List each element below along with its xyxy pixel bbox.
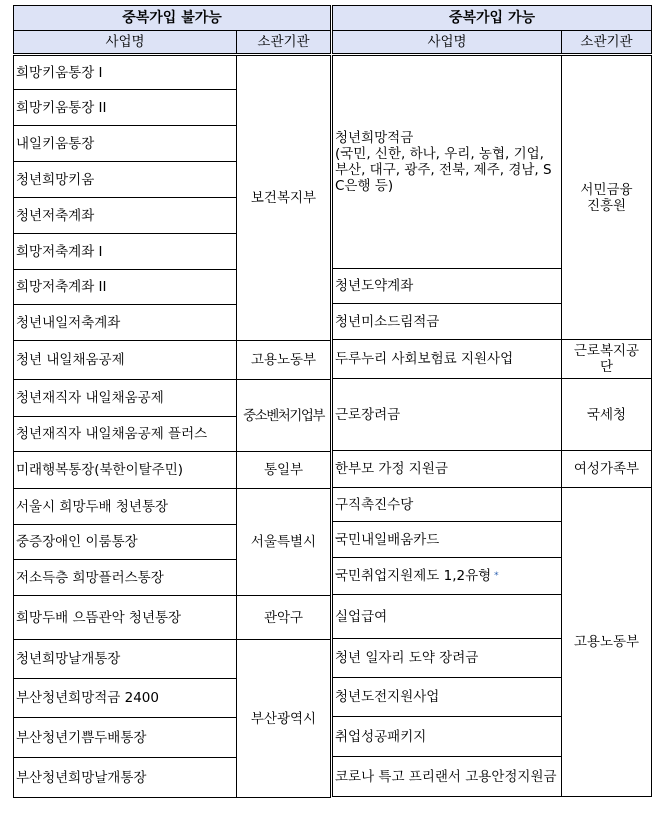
program-name: 청년희망날개통장 [14,640,237,679]
org-cell: 여성가족부 [562,451,652,488]
program-name: 청년희망적금 (국민, 신한, 하나, 우리, 농협, 기업, 부산, 대구, … [333,55,562,269]
org-cell: 부산광역시 [237,640,331,798]
program-name: 청년도약계좌 [333,269,562,304]
column-header-org: 소관기관 [562,31,652,55]
duplicable-table: 중복가입 가능 사업명 소관기관 청년희망적금 (국민, 신한, 하나, 우리,… [332,5,652,797]
program-name: 희망키움통장 I [14,55,237,90]
program-name: 청년미소드림적금 [333,304,562,340]
program-name: 국민취업지원제도 1,2유형* [333,558,562,595]
org-cell: 고용노동부 [562,488,652,797]
org-cell: 관악구 [237,596,331,640]
program-name: 청년재직자 내일채움공제 [14,380,237,417]
program-name: 실업급여 [333,595,562,639]
program-name: 근로장려금 [333,379,562,451]
program-title: 청년희망적금 [335,130,559,146]
footnote-asterisk-icon: * [494,572,499,580]
program-name: 구직촉진수당 [333,488,562,522]
org-cell: 서민금융진흥원 [562,55,652,340]
program-name: 청년저축계좌 [14,198,237,234]
program-name: 희망저축계좌 II [14,270,237,305]
org-cell: 근로복지공단 [562,340,652,379]
program-name: 부산청년희망날개통장 [14,758,237,798]
program-name: 청년재직자 내일채움공제 플러스 [14,417,237,452]
program-name: 부산청년희망적금 2400 [14,679,237,718]
program-name: 두루누리 사회보험료 지원사업 [333,340,562,379]
program-name: 미래행복통장(북한이탈주민) [14,452,237,489]
program-title: 국민취업지원제도 1,2유형 [335,568,491,584]
program-name: 청년도전지원사업 [333,678,562,717]
org-cell: 고용노동부 [237,341,331,380]
program-name: 청년 일자리 도약 장려금 [333,639,562,678]
column-header-org: 소관기관 [237,31,331,55]
column-header-name: 사업명 [333,31,562,55]
program-name: 부산청년기쁨두배통장 [14,718,237,758]
table-title: 중복가입 가능 [333,6,652,31]
program-name: 한부모 가정 지원금 [333,451,562,488]
program-name: 코로나 특고 프리랜서 고용안정지원금 [333,757,562,797]
program-name: 저소득층 희망플러스통장 [14,560,237,596]
program-name: 국민내일배움카드 [333,522,562,558]
program-name: 청년희망키움 [14,162,237,198]
program-name: 청년 내일채움공제 [14,341,237,380]
program-name: 희망저축계좌 I [14,234,237,270]
program-name: 희망두배 으뜸관악 청년통장 [14,596,237,640]
org-cell: 국세청 [562,379,652,451]
non-duplicable-table: 중복가입 불가능 사업명 소관기관 희망키움통장 I 보건복지부 희망키움통장 … [13,5,331,798]
column-header-name: 사업명 [14,31,237,55]
program-name: 취업성공패키지 [333,717,562,757]
program-name: 내일키움통장 [14,126,237,162]
program-name: 중증장애인 이룸통장 [14,525,237,560]
org-cell: 보건복지부 [237,55,331,341]
program-name: 희망키움통장 II [14,90,237,126]
program-detail: (국민, 신한, 하나, 우리, 농협, 기업, 부산, 대구, 광주, 전북,… [335,146,559,194]
org-cell: 중소벤처기업부 [237,380,331,452]
org-cell: 서울특별시 [237,489,331,596]
program-name: 서울시 희망두배 청년통장 [14,489,237,525]
org-cell: 통일부 [237,452,331,489]
program-name: 청년내일저축계좌 [14,305,237,341]
table-title: 중복가입 불가능 [14,6,331,31]
